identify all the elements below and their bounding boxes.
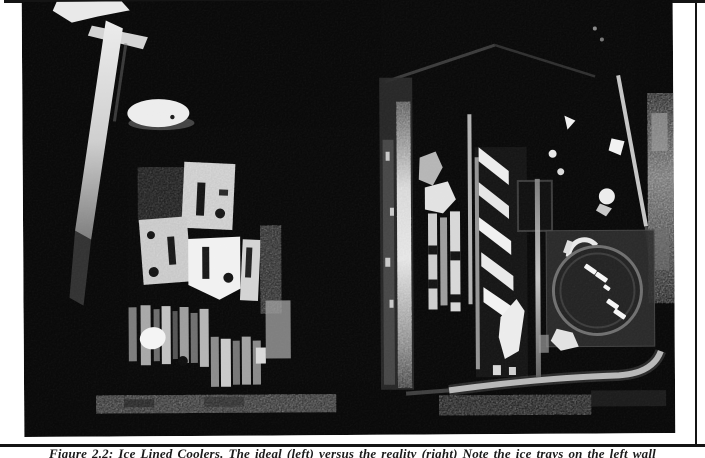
- scanned-document-page: { "page": { "background_color": "#ffffff…: [0, 0, 705, 458]
- frame-right-rule: [695, 0, 697, 447]
- film-grain-overlay: [22, 0, 676, 437]
- figure-caption: Figure 2.2: Ice Lined Coolers. The ideal…: [0, 446, 705, 458]
- coolers-photo-svg: [22, 0, 676, 437]
- figure-photo: [22, 0, 676, 437]
